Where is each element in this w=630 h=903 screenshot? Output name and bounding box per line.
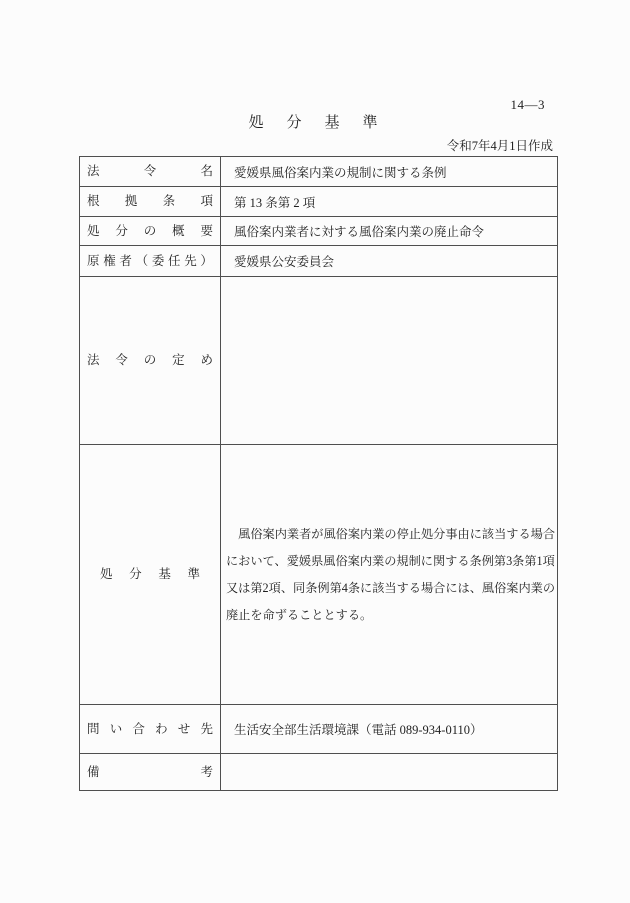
document-title: 処 分 基 準 xyxy=(0,111,630,132)
row-original-authority: 原権者（委任先） 愛媛県公安委員会 xyxy=(80,246,558,277)
original-authority-value: 愛媛県公安委員会 xyxy=(221,246,558,277)
disposition-form-table: 法令名 愛媛県風俗案内業の規制に関する条例 根拠条項 第 13 条第 2 項 処… xyxy=(79,156,558,791)
row-remarks: 備考 xyxy=(80,754,558,791)
disposition-summary-value: 風俗案内業者に対する風俗案内業の廃止命令 xyxy=(221,217,558,246)
law-provision-value xyxy=(221,277,558,445)
law-name-value: 愛媛県風俗案内業の規制に関する条例 xyxy=(221,157,558,187)
law-name-label: 法令名 xyxy=(87,165,213,178)
row-law-name: 法令名 愛媛県風俗案内業の規制に関する条例 xyxy=(80,157,558,187)
disposition-criteria-label: 処分基準 xyxy=(100,568,200,581)
row-law-provision: 法令の定め xyxy=(80,277,558,445)
law-provision-label-cell: 法令の定め xyxy=(80,277,221,445)
created-date: 令和7年4月1日作成 xyxy=(447,136,553,154)
row-contact: 問い合わせ先 生活安全部生活環境課（電話 089-934-0110） xyxy=(80,705,558,754)
remarks-label: 備考 xyxy=(87,766,213,779)
basis-clause-label-cell: 根拠条項 xyxy=(80,187,221,217)
criteria-paragraph-line: 風俗案内業者が風俗案内業の停止処分事由に該当する場合 xyxy=(226,521,553,548)
disposition-summary-label: 処分の概要 xyxy=(87,225,213,238)
basis-clause-value: 第 13 条第 2 項 xyxy=(221,187,558,217)
contact-label: 問い合わせ先 xyxy=(87,723,213,736)
basis-clause-label: 根拠条項 xyxy=(87,195,213,208)
criteria-paragraph-line: において、愛媛県風俗案内業の規制に関する条例第3条第1項 xyxy=(226,548,553,575)
original-authority-label: 原権者（委任先） xyxy=(87,255,213,268)
disposition-criteria-value: 風俗案内業者が風俗案内業の停止処分事由に該当する場合 において、愛媛県風俗案内業… xyxy=(221,445,558,705)
criteria-paragraph-line: 廃止を命ずることとする。 xyxy=(226,602,553,629)
criteria-paragraph-line: 又は第2項、同条例第4条に該当する場合には、風俗案内業の xyxy=(226,575,553,602)
row-disposition-criteria: 処分基準 風俗案内業者が風俗案内業の停止処分事由に該当する場合 において、愛媛県… xyxy=(80,445,558,705)
row-disposition-summary: 処分の概要 風俗案内業者に対する風俗案内業の廃止命令 xyxy=(80,217,558,246)
remarks-value xyxy=(221,754,558,791)
disposition-criteria-label-cell: 処分基準 xyxy=(80,445,221,705)
contact-value: 生活安全部生活環境課（電話 089-934-0110） xyxy=(221,705,558,754)
law-name-label-cell: 法令名 xyxy=(80,157,221,187)
law-provision-label: 法令の定め xyxy=(87,354,213,367)
document-page: 14—3 処 分 基 準 令和7年4月1日作成 法令名 愛媛県風俗案内業の規制に… xyxy=(0,0,630,903)
remarks-label-cell: 備考 xyxy=(80,754,221,791)
disposition-summary-label-cell: 処分の概要 xyxy=(80,217,221,246)
original-authority-label-cell: 原権者（委任先） xyxy=(80,246,221,277)
contact-label-cell: 問い合わせ先 xyxy=(80,705,221,754)
row-basis-clause: 根拠条項 第 13 条第 2 項 xyxy=(80,187,558,217)
